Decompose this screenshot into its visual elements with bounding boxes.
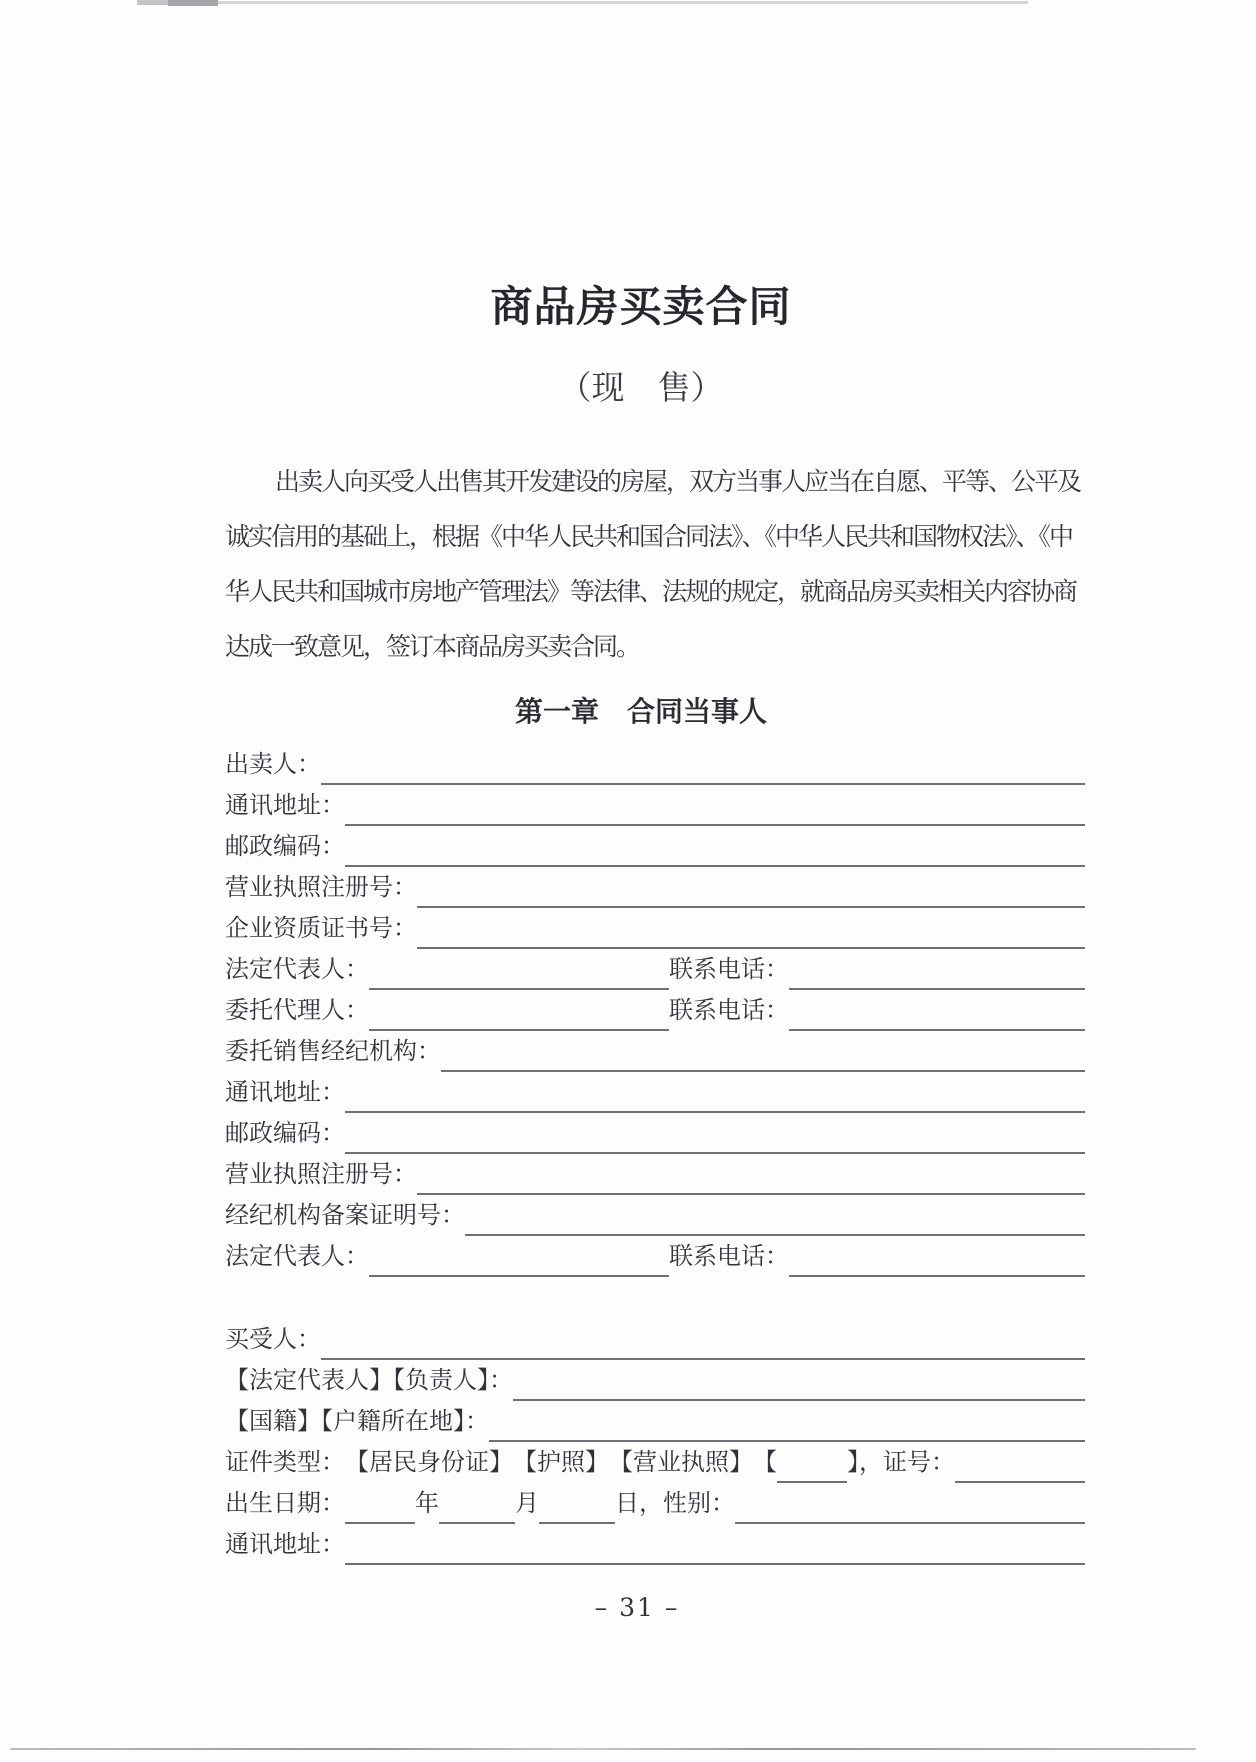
year-label: 年 xyxy=(415,1483,439,1526)
qualification-cert-label: 企业资质证书号： xyxy=(225,908,417,951)
form-row-agency-record-no: 经纪机构备案证明号： xyxy=(225,1197,1085,1238)
legal-rep-label: 法定代表人： xyxy=(225,1236,369,1279)
blank-line xyxy=(789,1275,1085,1277)
cert-no-label: 证号： xyxy=(883,1442,955,1485)
chapter-heading: 第一章 合同当事人 xyxy=(211,696,1071,728)
contract-page: 商品房买卖合同 （现 售） 出卖人向买受人出售其开发建设的房屋，双方当事人应当在… xyxy=(0,0,1256,1762)
document-title: 商品房买卖合同 xyxy=(211,284,1071,330)
address-label: 通讯地址： xyxy=(225,1072,345,1115)
gender-label: 性别： xyxy=(663,1483,735,1526)
blank-line xyxy=(955,1481,1085,1483)
form-row-seller-postcode: 邮政编码： xyxy=(225,828,1085,869)
blank-line xyxy=(345,865,1085,867)
blank-row xyxy=(225,1279,1085,1321)
agent-label: 委托代理人： xyxy=(225,990,369,1033)
blank-line xyxy=(345,824,1085,826)
form-row-buyer-legal-rep: 【法定代表人】【负责人】： xyxy=(225,1362,1085,1403)
blank-line xyxy=(345,1111,1085,1113)
form-row-agent: 委托代理人： 联系电话： xyxy=(225,992,1085,1033)
cert-type-label: 证件类型： xyxy=(225,1442,345,1485)
sales-agency-label: 委托销售经纪机构： xyxy=(225,1031,441,1074)
cert-option-passport: 【护照】 xyxy=(513,1442,609,1485)
form-row-buyer-nationality: 【国籍】【户籍所在地】： xyxy=(225,1403,1085,1444)
form-row-seller-address: 通讯地址： xyxy=(225,787,1085,828)
business-license-label: 营业执照注册号： xyxy=(225,867,417,910)
document-body: 商品房买卖合同 （现 售） 出卖人向买受人出售其开发建设的房屋，双方当事人应当在… xyxy=(0,0,1256,1623)
scan-artifact-bottom xyxy=(10,1748,1196,1750)
postcode-label: 邮政编码： xyxy=(225,1113,345,1156)
agency-record-no-label: 经纪机构备案证明号： xyxy=(225,1195,465,1238)
intro-line-2: 诚实信用的基础上，根据《中华人民共和国合同法》、《中华人民共和国物权法》、《中 xyxy=(225,509,1085,564)
blank-line xyxy=(345,1522,415,1524)
form-row-agency-postcode: 邮政编码： xyxy=(225,1115,1085,1156)
blank-line xyxy=(321,783,1085,785)
seller-label: 出卖人： xyxy=(225,744,321,787)
intro-line-3: 华人民共和国城市房地产管理法》等法律、法规的规定，就商品房买卖相关内容协商 xyxy=(225,564,1085,619)
address-label: 通讯地址： xyxy=(225,785,345,828)
phone-label: 联系电话： xyxy=(669,949,789,992)
document-subtitle: （现 售） xyxy=(211,370,1071,406)
legal-rep-label: 法定代表人： xyxy=(225,949,369,992)
scan-artifact-top xyxy=(218,1,1028,4)
blank-line xyxy=(345,1563,1085,1565)
form-row-sales-agency: 委托销售经纪机构： xyxy=(225,1033,1085,1074)
intro-line-4: 达成一致意见，签订本商品房买卖合同。 xyxy=(225,619,1085,674)
form-row-buyer-address: 通讯地址： xyxy=(225,1526,1085,1567)
cert-option-license: 【营业执照】 xyxy=(609,1442,753,1485)
phone-label: 联系电话： xyxy=(669,990,789,1033)
blank-line xyxy=(441,1070,1085,1072)
cert-option-other-close-bracket: 】， xyxy=(847,1442,883,1485)
phone-label: 联系电话： xyxy=(669,1236,789,1279)
intro-line-1: 出卖人向买受人出售其开发建设的房屋，双方当事人应当在自愿、平等、公平及 xyxy=(225,454,1085,509)
form-row-seller: 出卖人： xyxy=(225,746,1085,787)
birth-date-label: 出生日期： xyxy=(225,1483,345,1526)
blank-line xyxy=(513,1399,1085,1401)
form-row-agency-legal-rep: 法定代表人： 联系电话： xyxy=(225,1238,1085,1279)
business-license-label: 营业执照注册号： xyxy=(225,1154,417,1197)
parties-form: 出卖人： 通讯地址： 邮政编码： 营业执照注册号： 企业资质证书号： 法定代表人… xyxy=(225,746,1085,1567)
form-row-agency-business-license: 营业执照注册号： xyxy=(225,1156,1085,1197)
blank-line xyxy=(369,1275,669,1277)
blank-line xyxy=(777,1481,847,1483)
cert-option-id: 【居民身份证】 xyxy=(345,1442,513,1485)
blank-line xyxy=(417,1193,1085,1195)
form-row-business-license: 营业执照注册号： xyxy=(225,869,1085,910)
form-row-agency-address: 通讯地址： xyxy=(225,1074,1085,1115)
page-number: – 31 – xyxy=(207,1593,1067,1623)
postcode-label: 邮政编码： xyxy=(225,826,345,869)
form-row-cert-type: 证件类型： 【居民身份证】 【护照】 【营业执照】 【 】， 证号： xyxy=(225,1444,1085,1485)
cert-option-other-open-bracket: 【 xyxy=(753,1442,777,1485)
intro-paragraph: 出卖人向买受人出售其开发建设的房屋，双方当事人应当在自愿、平等、公平及 诚实信用… xyxy=(225,454,1085,674)
blank-line xyxy=(539,1522,615,1524)
month-label: 月 xyxy=(515,1483,539,1526)
form-row-legal-rep: 法定代表人： 联系电话： xyxy=(225,951,1085,992)
blank-line xyxy=(345,1152,1085,1154)
form-row-birth-date: 出生日期： 年 月 日， 性别： xyxy=(225,1485,1085,1526)
legal-rep-or-principal-label: 【法定代表人】【负责人】： xyxy=(225,1360,513,1403)
form-row-qualification-cert: 企业资质证书号： xyxy=(225,910,1085,951)
blank-line xyxy=(735,1522,1085,1524)
blank-line xyxy=(789,988,1085,990)
day-label: 日， xyxy=(615,1483,663,1526)
scan-artifact-top xyxy=(168,0,218,6)
nationality-label: 【国籍】【户籍所在地】： xyxy=(225,1401,489,1444)
blank-line xyxy=(417,906,1085,908)
blank-line xyxy=(439,1522,515,1524)
blank-line xyxy=(369,988,669,990)
blank-line xyxy=(789,1029,1085,1031)
address-label: 通讯地址： xyxy=(225,1524,345,1567)
form-row-buyer: 买受人： xyxy=(225,1321,1085,1362)
buyer-label: 买受人： xyxy=(225,1319,321,1362)
